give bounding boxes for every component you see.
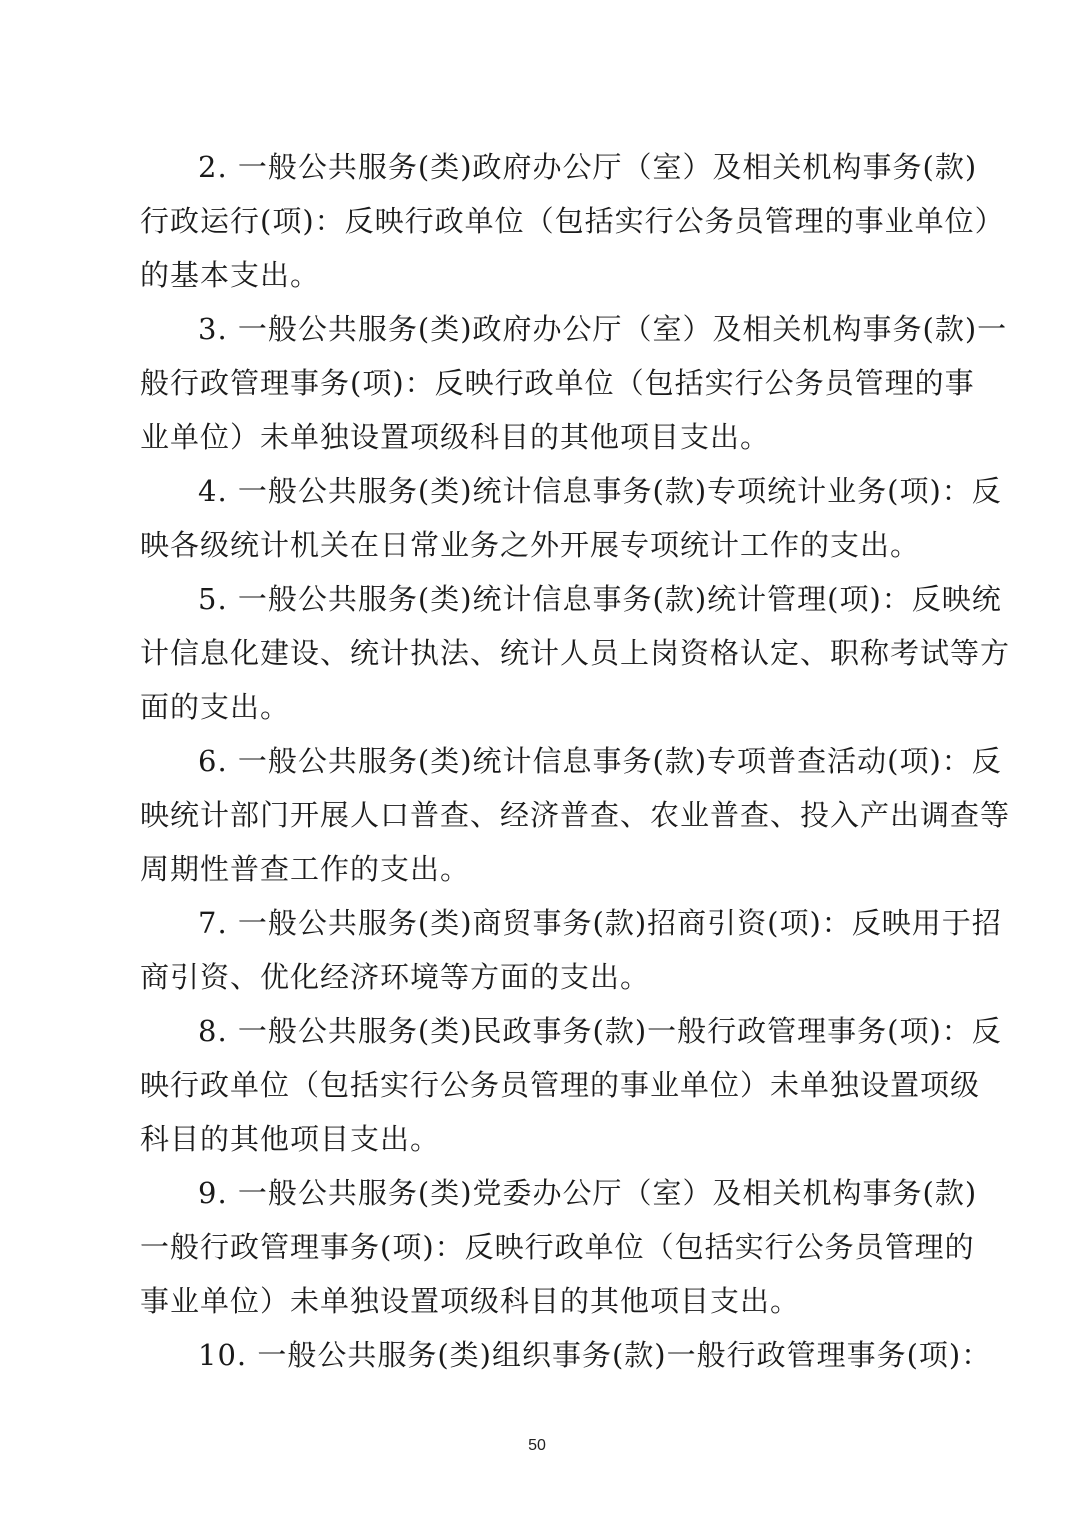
paragraph-line: 4. 一般公共服务(类)统计信息事务(款)专项统计业务(项)：反 bbox=[140, 464, 940, 518]
paragraph-line: 科目的其他项目支出。 bbox=[140, 1112, 940, 1166]
document-body: 2. 一般公共服务(类)政府办公厅（室）及相关机构事务(款) 行政运行(项)：反… bbox=[140, 140, 940, 1382]
paragraph-line: 5. 一般公共服务(类)统计信息事务(款)统计管理(项)：反映统 bbox=[140, 572, 940, 626]
paragraph-line: 事业单位）未单独设置项级科目的其他项目支出。 bbox=[140, 1274, 940, 1328]
paragraph-line: 业单位）未单独设置项级科目的其他项目支出。 bbox=[140, 410, 940, 464]
paragraph-line: 行政运行(项)：反映行政单位（包括实行公务员管理的事业单位） bbox=[140, 194, 940, 248]
paragraph-line: 8. 一般公共服务(类)民政事务(款)一般行政管理事务(项)：反 bbox=[140, 1004, 940, 1058]
document-page: 2. 一般公共服务(类)政府办公厅（室）及相关机构事务(款) 行政运行(项)：反… bbox=[0, 0, 1074, 1520]
paragraph-line: 6. 一般公共服务(类)统计信息事务(款)专项普查活动(项)：反 bbox=[140, 734, 940, 788]
paragraph-line: 商引资、优化经济环境等方面的支出。 bbox=[140, 950, 940, 1004]
paragraph-item-2: 2. 一般公共服务(类)政府办公厅（室）及相关机构事务(款) 行政运行(项)：反… bbox=[140, 140, 940, 302]
paragraph-line: 7. 一般公共服务(类)商贸事务(款)招商引资(项)：反映用于招 bbox=[140, 896, 940, 950]
paragraph-line: 的基本支出。 bbox=[140, 248, 940, 302]
paragraph-item-5: 5. 一般公共服务(类)统计信息事务(款)统计管理(项)：反映统 计信息化建设、… bbox=[140, 572, 940, 734]
paragraph-line: 2. 一般公共服务(类)政府办公厅（室）及相关机构事务(款) bbox=[140, 140, 940, 194]
paragraph-item-6: 6. 一般公共服务(类)统计信息事务(款)专项普查活动(项)：反 映统计部门开展… bbox=[140, 734, 940, 896]
paragraph-item-4: 4. 一般公共服务(类)统计信息事务(款)专项统计业务(项)：反 映各级统计机关… bbox=[140, 464, 940, 572]
paragraph-item-3: 3. 一般公共服务(类)政府办公厅（室）及相关机构事务(款)一 般行政管理事务(… bbox=[140, 302, 940, 464]
paragraph-line: 映各级统计机关在日常业务之外开展专项统计工作的支出。 bbox=[140, 518, 940, 572]
paragraph-line: 映行政单位（包括实行公务员管理的事业单位）未单独设置项级 bbox=[140, 1058, 940, 1112]
paragraph-line: 周期性普查工作的支出。 bbox=[140, 842, 940, 896]
paragraph-line: 计信息化建设、统计执法、统计人员上岗资格认定、职称考试等方 bbox=[140, 626, 940, 680]
paragraph-line: 般行政管理事务(项)：反映行政单位（包括实行公务员管理的事 bbox=[140, 356, 940, 410]
paragraph-line: 9. 一般公共服务(类)党委办公厅（室）及相关机构事务(款) bbox=[140, 1166, 940, 1220]
paragraph-line: 映统计部门开展人口普查、经济普查、农业普查、投入产出调查等 bbox=[140, 788, 940, 842]
paragraph-item-10: 10. 一般公共服务(类)组织事务(款)一般行政管理事务(项)： bbox=[140, 1328, 940, 1382]
paragraph-item-8: 8. 一般公共服务(类)民政事务(款)一般行政管理事务(项)：反 映行政单位（包… bbox=[140, 1004, 940, 1166]
paragraph-line: 面的支出。 bbox=[140, 680, 940, 734]
page-number: 50 bbox=[0, 1437, 1074, 1455]
paragraph-item-9: 9. 一般公共服务(类)党委办公厅（室）及相关机构事务(款) 一般行政管理事务(… bbox=[140, 1166, 940, 1328]
paragraph-line: 10. 一般公共服务(类)组织事务(款)一般行政管理事务(项)： bbox=[140, 1328, 940, 1382]
paragraph-item-7: 7. 一般公共服务(类)商贸事务(款)招商引资(项)：反映用于招 商引资、优化经… bbox=[140, 896, 940, 1004]
paragraph-line: 3. 一般公共服务(类)政府办公厅（室）及相关机构事务(款)一 bbox=[140, 302, 940, 356]
paragraph-line: 一般行政管理事务(项)：反映行政单位（包括实行公务员管理的 bbox=[140, 1220, 940, 1274]
